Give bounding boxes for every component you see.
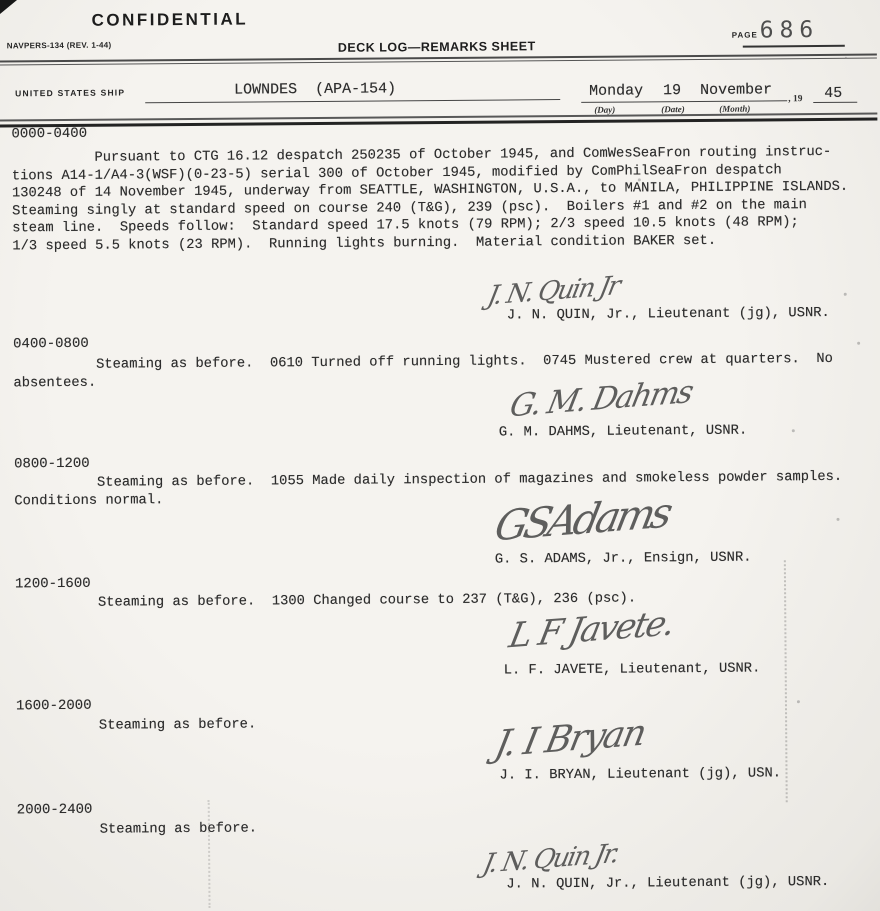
signature-typed-name: J. N. QUIN, Jr., Lieutenant (jg), USNR.: [507, 306, 830, 324]
page-label: PAGE: [732, 30, 758, 39]
remarks-1200-1600: Steaming as before. 1300 Changed course …: [15, 589, 879, 613]
scan-speckle: [844, 293, 847, 296]
remarks-0000-0400: Pursuant to CTG 16.12 despatch 250235 of…: [12, 144, 877, 256]
ship-name-underline: [145, 99, 560, 104]
watch-period-0400-0800: 0400-0800: [13, 336, 89, 353]
signature-typed-name: J. I. BRYAN, Lieutenant (jg), USN.: [499, 766, 781, 783]
signature-typed-name: G. S. ADAMS, Jr., Ensign, USNR.: [495, 551, 752, 568]
scan-speckle: [837, 518, 840, 521]
ship-label: UNITED STATES SHIP: [15, 87, 125, 98]
signature-typed-name: J. N. QUIN, Jr., Lieutenant (jg), USNR.: [506, 875, 829, 893]
date-field-label: (Date): [661, 104, 685, 114]
deck-log-remarks-sheet: CONFIDENTIAL NAVPERS-134 (REV. 1-44) DEC…: [0, 0, 880, 911]
year-prefix: , 19: [788, 94, 802, 104]
remarks-1600-2000: Steaming as before.: [16, 712, 880, 736]
scanned-paper: CONFIDENTIAL NAVPERS-134 (REV. 1-44) DEC…: [0, 0, 880, 911]
watch-period-0800-1200: 0800-1200: [14, 456, 90, 473]
handwritten-signature: J. N. Quin Jr: [485, 271, 622, 312]
date-number: 19: [663, 82, 681, 99]
year-value: 45: [824, 85, 842, 102]
handwritten-signature: L F Javete.: [506, 603, 677, 656]
year-underline: [813, 102, 857, 104]
page-number: 686: [760, 17, 820, 43]
scan-crease: [208, 800, 211, 908]
date-underline: [581, 100, 787, 103]
date-month: November: [700, 81, 772, 99]
signature-typed-name: L. F. JAVETE, Lieutenant, USNR.: [504, 661, 761, 678]
date-day: Monday: [589, 82, 643, 99]
scan-speckle: [857, 342, 860, 345]
form-number: NAVPERS-134 (REV. 1-44): [7, 41, 112, 51]
page-number-underline: [743, 45, 845, 47]
watch-period-1200-1600: 1200-1600: [15, 576, 91, 593]
document-title: DECK LOG—REMARKS SHEET: [297, 39, 577, 55]
month-field-label: (Month): [719, 104, 750, 114]
signature-typed-name: G. M. DAHMS, Lieutenant, USNR.: [499, 424, 748, 441]
scan-speckle: [797, 700, 800, 703]
watch-period-0000-0400: 0000-0400: [11, 126, 87, 143]
ship-name: LOWNDES (APA-154): [234, 80, 396, 98]
classification-stamp: CONFIDENTIAL: [91, 9, 248, 30]
remarks-2000-2400: Steaming as before.: [17, 816, 880, 840]
scan-speckle: [792, 429, 795, 432]
scan-speckle: [638, 178, 641, 181]
handwritten-signature: J. N. Quin Jr.: [480, 839, 620, 880]
watch-period-2000-2400: 2000-2400: [17, 802, 93, 819]
scan-speckle: [845, 57, 847, 59]
remarks-0800-1200: Steaming as before. 1055 Made daily insp…: [14, 469, 878, 511]
watch-period-1600-2000: 1600-2000: [16, 698, 92, 715]
day-field-label: (Day): [594, 105, 615, 115]
remarks-0400-0800: Steaming as before. 0610 Turned off runn…: [13, 351, 877, 393]
